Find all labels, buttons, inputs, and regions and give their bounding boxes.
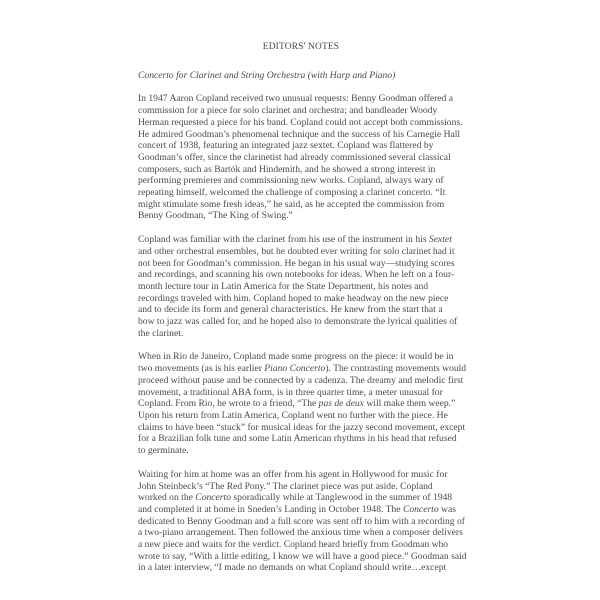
text-line: month lecture tour in Latin America for … bbox=[138, 281, 470, 293]
text-line: commission for a piece for solo clarinet… bbox=[138, 105, 470, 117]
text-line: When in Rio de Janeiro, Copland made som… bbox=[138, 351, 470, 363]
paragraph-4: Waiting for him at home was an offer fro… bbox=[138, 469, 470, 574]
text-line: a two-piano arrangement. Then followed t… bbox=[138, 527, 470, 539]
text-line: the clarinet. bbox=[138, 328, 470, 340]
text-line: proceed without pause and be connected b… bbox=[138, 375, 470, 387]
text-line: composers, such as Bartók and Hindemith,… bbox=[138, 164, 470, 176]
text-line: In 1947 Aaron Copland received two unusu… bbox=[138, 93, 470, 105]
paragraph-2: Copland was familiar with the clarinet f… bbox=[138, 234, 470, 339]
italic-title: pas de deux bbox=[319, 398, 364, 409]
text-line: might stimulate some fresh ideas,” he sa… bbox=[138, 199, 470, 211]
italic-title: Piano Concerto bbox=[264, 363, 325, 374]
text-segment: will make them weep.” bbox=[364, 398, 455, 409]
text-line: worked on the Concerto sporadically whil… bbox=[138, 492, 470, 504]
text-line: Goodman’s offer, since the clarinetist h… bbox=[138, 152, 470, 164]
text-line: concert of 1938, featuring an integrated… bbox=[138, 140, 470, 152]
text-line: bow to jazz was called for, and he hoped… bbox=[138, 316, 470, 328]
text-line: repeating himself, welcomed the challeng… bbox=[138, 187, 470, 199]
text-line: claims to have been “stuck” for musical … bbox=[138, 422, 470, 434]
italic-title: Concerto bbox=[195, 492, 231, 503]
document-page: EDITORS' NOTES Concerto for Clarinet and… bbox=[0, 0, 600, 600]
text-segment: Copland. From Rio, he wrote to a friend,… bbox=[138, 398, 319, 409]
text-line: movement, a traditional ABA form, is in … bbox=[138, 387, 470, 399]
paragraph-1: In 1947 Aaron Copland received two unusu… bbox=[138, 93, 470, 222]
text-line: Benny Goodman, “The King of Swing.” bbox=[138, 210, 470, 222]
work-title: Concerto for Clarinet and String Orchest… bbox=[138, 70, 470, 82]
text-segment: and completed it at home in Sneden’s Lan… bbox=[138, 504, 403, 515]
text-segment: worked on the bbox=[138, 492, 195, 503]
text-line: two movements (as is his earlier Piano C… bbox=[138, 363, 470, 375]
text-line: John Steinbeck’s “The Red Pony.” The cla… bbox=[138, 481, 470, 493]
text-segment: sporadically while at Tanglewood in the … bbox=[231, 492, 452, 503]
text-line: recordings traveled with him. Copland ho… bbox=[138, 293, 470, 305]
text-line: in a later interview, “I made no demands… bbox=[138, 562, 470, 574]
text-line: and other orchestral ensembles, but he d… bbox=[138, 246, 470, 258]
document-body: EDITORS' NOTES Concerto for Clarinet and… bbox=[138, 42, 470, 586]
text-line: Upon his return from Latin America, Copl… bbox=[138, 410, 470, 422]
page-heading: EDITORS' NOTES bbox=[135, 42, 467, 54]
text-line: performing premieres and commissioning n… bbox=[138, 175, 470, 187]
text-line: and to decide its form and general chara… bbox=[138, 304, 470, 316]
italic-title: Concerto bbox=[403, 504, 439, 515]
text-line: to germinate. bbox=[138, 445, 470, 457]
text-line: Herman requested a piece for his band. C… bbox=[138, 117, 470, 129]
italic-title: Sextet bbox=[429, 234, 452, 245]
text-line: Copland was familiar with the clarinet f… bbox=[138, 234, 470, 246]
text-line: Copland. From Rio, he wrote to a friend,… bbox=[138, 398, 470, 410]
text-segment: was bbox=[439, 504, 456, 515]
text-line: wrote to say, “With a little editing, I … bbox=[138, 551, 470, 563]
text-line: for a Brazilian folk tune and some Latin… bbox=[138, 433, 470, 445]
text-line: He admired Goodman’s phenomenal techniqu… bbox=[138, 129, 470, 141]
text-line: and completed it at home in Sneden’s Lan… bbox=[138, 504, 470, 516]
text-line: not been for Goodman’s commission. He be… bbox=[138, 258, 470, 270]
text-line: and recordings, and scanning his own not… bbox=[138, 269, 470, 281]
text-segment: ). The contrasting movements would bbox=[325, 363, 466, 374]
text-line: Waiting for him at home was an offer fro… bbox=[138, 469, 470, 481]
text-segment: two movements (as is his earlier bbox=[138, 363, 264, 374]
text-line: a new piece and waits for the verdict. C… bbox=[138, 539, 470, 551]
text-segment: Copland was familiar with the clarinet f… bbox=[138, 234, 429, 245]
text-line: dedicated to Benny Goodman and a full sc… bbox=[138, 516, 470, 528]
paragraph-3: When in Rio de Janeiro, Copland made som… bbox=[138, 351, 470, 456]
